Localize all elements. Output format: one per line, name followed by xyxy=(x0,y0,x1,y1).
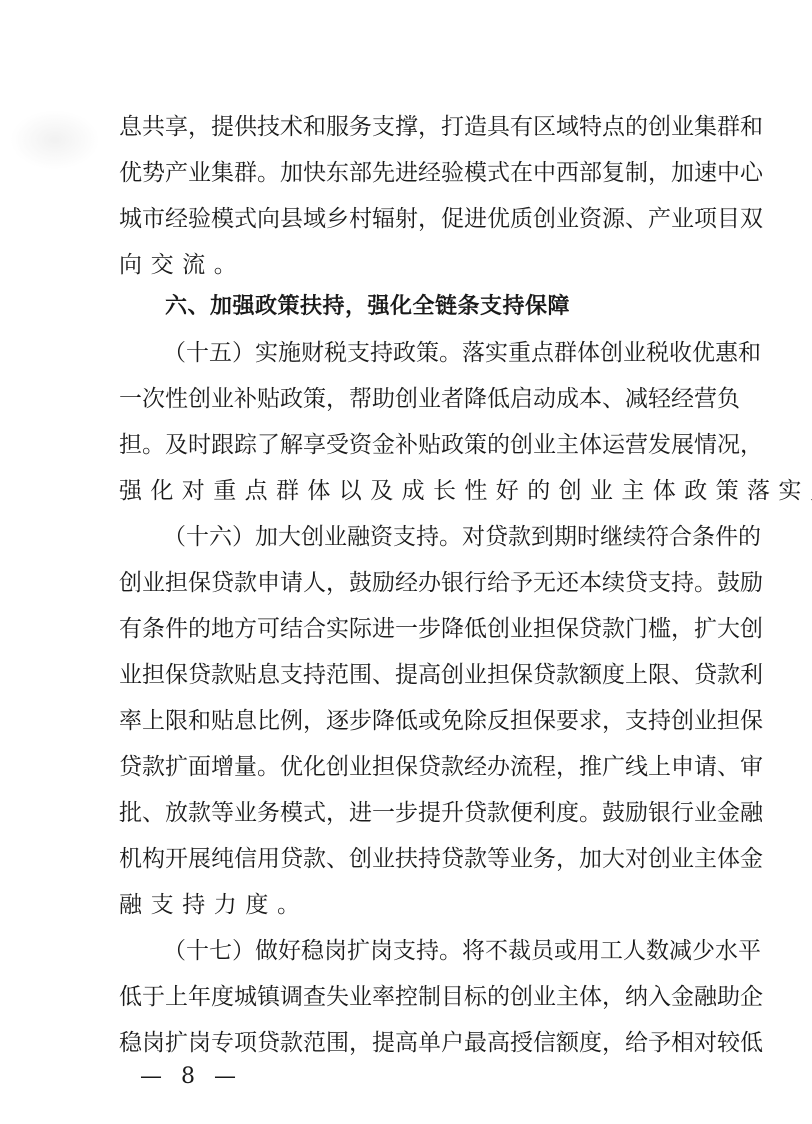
paragraph-line: 强化对重点群体以及成长性好的创业主体政策落实力度。 xyxy=(119,471,723,511)
paragraph-line: 向交流。 xyxy=(119,245,723,285)
paragraph-line: 批、放款等业务模式，进一步提升贷款便利度。鼓励银行业金融 xyxy=(119,793,723,833)
paragraph-line: （十六）加大创业融资支持。对贷款到期时继续符合条件的 xyxy=(163,517,723,557)
paragraph-line: 息共享，提供技术和服务支撑，打造具有区域特点的创业集群和 xyxy=(119,107,723,147)
paragraph-line: 融支持力度。 xyxy=(119,885,723,925)
paragraph-line: 低于上年度城镇调查失业率控制目标的创业主体，纳入金融助企 xyxy=(119,977,723,1017)
section-heading: 六、加强政策扶持，强化全链条支持保障 xyxy=(165,287,570,327)
paragraph-line: 优势产业集群。加快东部先进经验模式在中西部复制，加速中心 xyxy=(119,153,723,193)
paragraph-line: 业担保贷款贴息支持范围、提高创业担保贷款额度上限、贷款利 xyxy=(119,655,723,695)
page-number: — 8 — xyxy=(140,1057,242,1097)
paragraph-line: 率上限和贴息比例，逐步降低或免除反担保要求，支持创业担保 xyxy=(119,701,723,741)
paragraph-line: 一次性创业补贴政策，帮助创业者降低启动成本、减轻经营负 xyxy=(119,379,723,419)
scan-smudge xyxy=(10,110,100,170)
paragraph-line: （十七）做好稳岗扩岗支持。将不裁员或用工人数减少水平 xyxy=(163,931,723,971)
paragraph-line: 城市经验模式向县域乡村辐射，促进优质创业资源、产业项目双 xyxy=(119,199,723,239)
paragraph-line: 担。及时跟踪了解享受资金补贴政策的创业主体运营发展情况， xyxy=(119,425,723,465)
document-page: 息共享，提供技术和服务支撑，打造具有区域特点的创业集群和 优势产业集群。加快东部… xyxy=(0,0,812,1124)
paragraph-line: （十五）实施财税支持政策。落实重点群体创业税收优惠和 xyxy=(163,333,723,373)
paragraph-line: 创业担保贷款申请人，鼓励经办银行给予无还本续贷支持。鼓励 xyxy=(119,563,723,603)
paragraph-line: 有条件的地方可结合实际进一步降低创业担保贷款门槛，扩大创 xyxy=(119,609,723,649)
paragraph-line: 机构开展纯信用贷款、创业扶持贷款等业务，加大对创业主体金 xyxy=(119,839,723,879)
paragraph-line: 贷款扩面增量。优化创业担保贷款经办流程，推广线上申请、审 xyxy=(119,747,723,787)
